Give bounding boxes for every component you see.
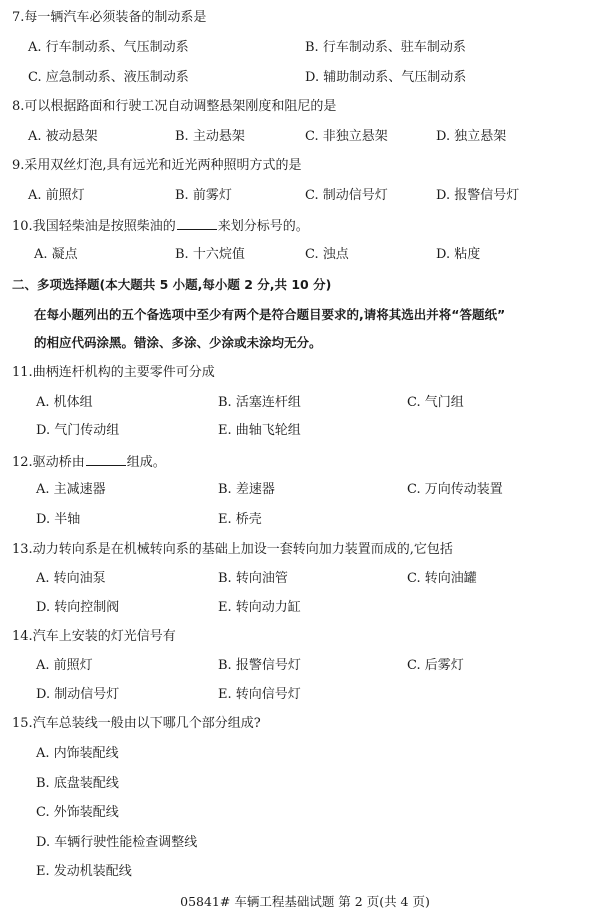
question-15-option-d: D. 车辆行驶性能检查调整线 [36,835,197,851]
question-15-option-e: E. 发动机装配线 [36,864,132,880]
question-14-option-a: A. 前照灯 [36,658,93,674]
question-7-option-c: C. 应急制动系、液压制动系 [28,70,189,86]
question-12-option-e: E. 桥壳 [218,512,262,528]
question-9-option-d: D. 报警信号灯 [436,188,519,204]
question-11-option-a: A. 机体组 [36,395,93,411]
question-10-option-b: B. 十六烷值 [175,247,245,263]
question-12-option-a: A. 主减速器 [36,482,106,498]
question-10-option-d: D. 粘度 [436,247,480,263]
question-12-option-b: B. 差速器 [218,482,275,498]
question-9-option-c: C. 制动信号灯 [305,188,388,204]
question-8-option-d: D. 独立悬架 [436,129,506,145]
question-14-option-b: B. 报警信号灯 [218,658,301,674]
section-2-instruction-line-1: 在每小题列出的五个备选项中至少有两个是符合题目要求的,请将其选出并将“答题纸” [34,307,505,323]
question-11-option-e: E. 曲轴飞轮组 [218,423,301,439]
question-13-option-d: D. 转向控制阀 [36,600,119,616]
question-7-stem: 7.每一辆汽车必须装备的制动系是 [12,10,206,26]
fill-in-blank [177,217,217,230]
question-10-stem: 10.我国轻柴油是按照柴油的来划分标号的。 [12,217,309,235]
question-12-option-d: D. 半轴 [36,512,80,528]
question-12-option-c: C. 万向传动装置 [407,482,503,498]
question-14-option-d: D. 制动信号灯 [36,687,119,703]
question-10-option-c: C. 浊点 [305,247,349,263]
question-13-option-e: E. 转向动力缸 [218,600,301,616]
question-15-option-a: A. 内饰装配线 [36,746,119,762]
question-13-option-c: C. 转向油罐 [407,571,477,587]
question-15-stem: 15.汽车总装线一般由以下哪几个部分组成? [12,716,261,732]
question-9-option-b: B. 前雾灯 [175,188,232,204]
question-11-option-c: C. 气门组 [407,395,464,411]
question-13-option-b: B. 转向油管 [218,571,288,587]
question-15-option-b: B. 底盘装配线 [36,776,119,792]
question-8-option-c: C. 非独立悬架 [305,129,388,145]
question-11-stem: 11.曲柄连杆机构的主要零件可分成 [12,365,215,381]
question-11-option-b: B. 活塞连杆组 [218,395,301,411]
question-13-option-a: A. 转向油泵 [36,571,106,587]
section-2-title: 二、多项选择题(本大题共 5 小题,每小题 2 分,共 10 分) [12,277,331,293]
question-11-option-d: D. 气门传动组 [36,423,119,439]
question-8-stem: 8.可以根据路面和行驶工况自动调整悬架刚度和阻尼的是 [12,99,336,115]
question-7-option-a: A. 行车制动系、气压制动系 [28,40,189,56]
section-2-instruction-line-2: 的相应代码涂黑。错涂、多涂、少涂或未涂均无分。 [34,335,322,351]
question-8-option-a: A. 被动悬架 [28,129,98,145]
question-12-stem: 12.驱动桥由组成。 [12,453,166,471]
question-7-option-b: B. 行车制动系、驻车制动系 [305,40,466,56]
question-13-stem: 13.动力转向系是在机械转向系的基础上加设一套转向加力装置而成的,它包括 [12,542,453,558]
question-8-option-b: B. 主动悬架 [175,129,245,145]
question-7-option-d: D. 辅助制动系、气压制动系 [305,70,466,86]
question-9-option-a: A. 前照灯 [28,188,85,204]
question-14-option-e: E. 转向信号灯 [218,687,301,703]
question-14-option-c: C. 后雾灯 [407,658,464,674]
question-14-stem: 14.汽车上安装的灯光信号有 [12,629,176,645]
question-10-option-a: A. 凝点 [34,247,78,263]
fill-in-blank [86,453,126,466]
question-15-option-c: C. 外饰装配线 [36,805,119,821]
question-9-stem: 9.采用双丝灯泡,具有远光和近光两种照明方式的是 [12,158,302,174]
page-footer: 05841# 车辆工程基础试题 第 2 页(共 4 页) [0,894,610,910]
